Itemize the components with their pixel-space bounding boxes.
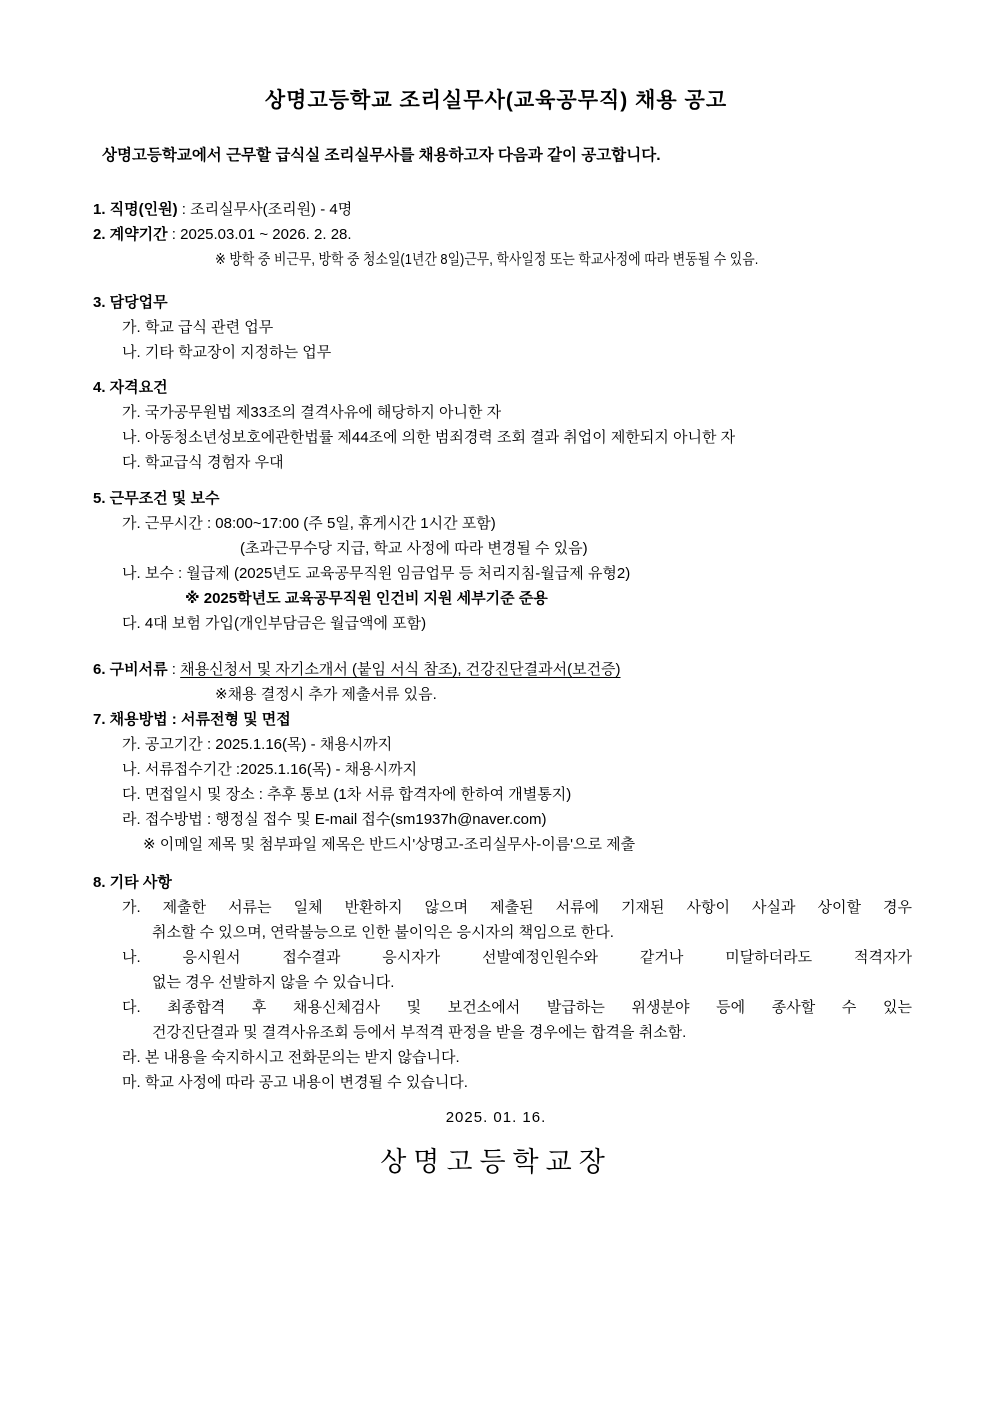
- section-6-line: 6. 구비서류 : 채용신청서 및 자기소개서 (붙임 서식 참조), 건강진단…: [0, 657, 992, 682]
- section-4-item-da: 다. 학교급식 경험자 우대: [0, 450, 992, 475]
- document-page: 상명고등학교 조리실무사(교육공무직) 채용 공고 상명고등학교에서 근무할 급…: [0, 0, 992, 1403]
- section-5-item-da: 다. 4대 보험 가입(개인부담금은 월급액에 포함): [0, 611, 992, 636]
- section-1-heading: 1. 직명(인원): [93, 201, 178, 218]
- section-4-heading: 4. 자격요건: [0, 375, 992, 400]
- section-5-item-na: 나. 보수 : 월급제 (2025년도 교육공무직원 임금업무 등 처리지침-월…: [0, 561, 992, 586]
- section-8-item-na-first: 나. 응시원서 접수결과 응시자가 선발예정인원수와 같거나 미달하더라도 적격…: [0, 945, 912, 970]
- section-6-value: 채용신청서 및 자기소개서 (붙임 서식 참조), 건강진단결과서(보건증): [180, 661, 620, 678]
- section-3-item-ga: 가. 학교 급식 관련 업무: [0, 315, 992, 340]
- section-7-item-na: 나. 서류접수기간 :2025.1.16(목) - 채용시까지: [0, 757, 992, 782]
- section-8-item-ma: 마. 학교 사정에 따라 공고 내용이 변경될 수 있습니다.: [0, 1070, 992, 1095]
- section-6-separator: :: [168, 661, 181, 678]
- page-title: 상명고등학교 조리실무사(교육공무직) 채용 공고: [0, 86, 992, 116]
- section-8-item-na-cont: 없는 경우 선발하지 않을 수 있습니다.: [0, 970, 992, 995]
- section-2-note-line: ※ 방학 중 비근무, 방학 중 청소일(1년간 8일)근무, 학사일정 또는 …: [0, 247, 992, 272]
- section-2-note: ※ 방학 중 비근무, 방학 중 청소일(1년간 8일)근무, 학사일정 또는 …: [215, 247, 758, 272]
- section-8-item-da-cont: 건강진단결과 및 결격사유조회 등에서 부적격 판정을 받을 경우에는 합격을 …: [0, 1020, 992, 1045]
- document-date: 2025. 01. 16.: [0, 1105, 992, 1130]
- section-1-value: : 조리실무사(조리원) - 4명: [178, 201, 353, 218]
- section-1-line: 1. 직명(인원) : 조리실무사(조리원) - 4명: [0, 197, 992, 222]
- section-5-item-ga-cont: (초과근무수당 지급, 학교 사정에 따라 변경될 수 있음): [0, 536, 992, 561]
- section-8-heading: 8. 기타 사항: [0, 870, 992, 895]
- section-8-item-ga-first: 가. 제출한 서류는 일체 반환하지 않으며 제출된 서류에 기재된 사항이 사…: [0, 895, 912, 920]
- section-7-item-ra: 라. 접수방법 : 행정실 접수 및 E-mail 접수(sm1937h@nav…: [0, 807, 992, 832]
- section-5-heading: 5. 근무조건 및 보수: [0, 486, 992, 511]
- signature-line: 상명고등학교장: [0, 1142, 992, 1182]
- section-4-item-na: 나. 아동청소년성보호에관한법률 제44조에 의한 범죄경력 조회 결과 취업이…: [0, 425, 992, 450]
- section-7-item-ga: 가. 공고기간 : 2025.1.16(목) - 채용시까지: [0, 732, 992, 757]
- section-7-note: ※ 이메일 제목 및 첨부파일 제목은 반드시'상명고-조리실무사-이름'으로 …: [0, 832, 992, 857]
- section-7-item-da: 다. 면접일시 및 장소 : 추후 통보 (1차 서류 합격자에 한하여 개별통…: [0, 782, 992, 807]
- section-7-heading: 7. 채용방법 : 서류전형 및 면접: [0, 707, 992, 732]
- section-6-note: ※채용 결정시 추가 제출서류 있음.: [0, 682, 992, 707]
- section-3-heading: 3. 담당업무: [0, 290, 992, 315]
- section-2-value: : 2025.03.01 ~ 2026. 2. 28.: [168, 226, 352, 243]
- section-8-item-da-first: 다. 최종합격 후 채용신체검사 및 보건소에서 발급하는 위생분야 등에 종사…: [0, 995, 912, 1020]
- section-2-heading: 2. 계약기간: [93, 226, 168, 243]
- section-5-item-ga: 가. 근무시간 : 08:00~17:00 (주 5일, 휴게시간 1시간 포함…: [0, 511, 992, 536]
- section-8-item-ga-cont: 취소할 수 있으며, 연락불능으로 인한 불이익은 응시자의 책임으로 한다.: [0, 920, 992, 945]
- section-4-item-ga: 가. 국가공무원법 제33조의 결격사유에 해당하지 아니한 자: [0, 400, 992, 425]
- section-3-item-na: 나. 기타 학교장이 지정하는 업무: [0, 340, 992, 365]
- section-6-heading: 6. 구비서류: [93, 661, 168, 678]
- section-2-line: 2. 계약기간 : 2025.03.01 ~ 2026. 2. 28.: [0, 222, 992, 247]
- section-5-item-na-note: ※ 2025학년도 교육공무직원 인건비 지원 세부기준 준용: [0, 586, 992, 611]
- section-8-item-ra: 라. 본 내용을 숙지하시고 전화문의는 받지 않습니다.: [0, 1045, 992, 1070]
- intro-text: 상명고등학교에서 근무할 급식실 조리실무사를 채용하고자 다음과 같이 공고합…: [0, 143, 992, 168]
